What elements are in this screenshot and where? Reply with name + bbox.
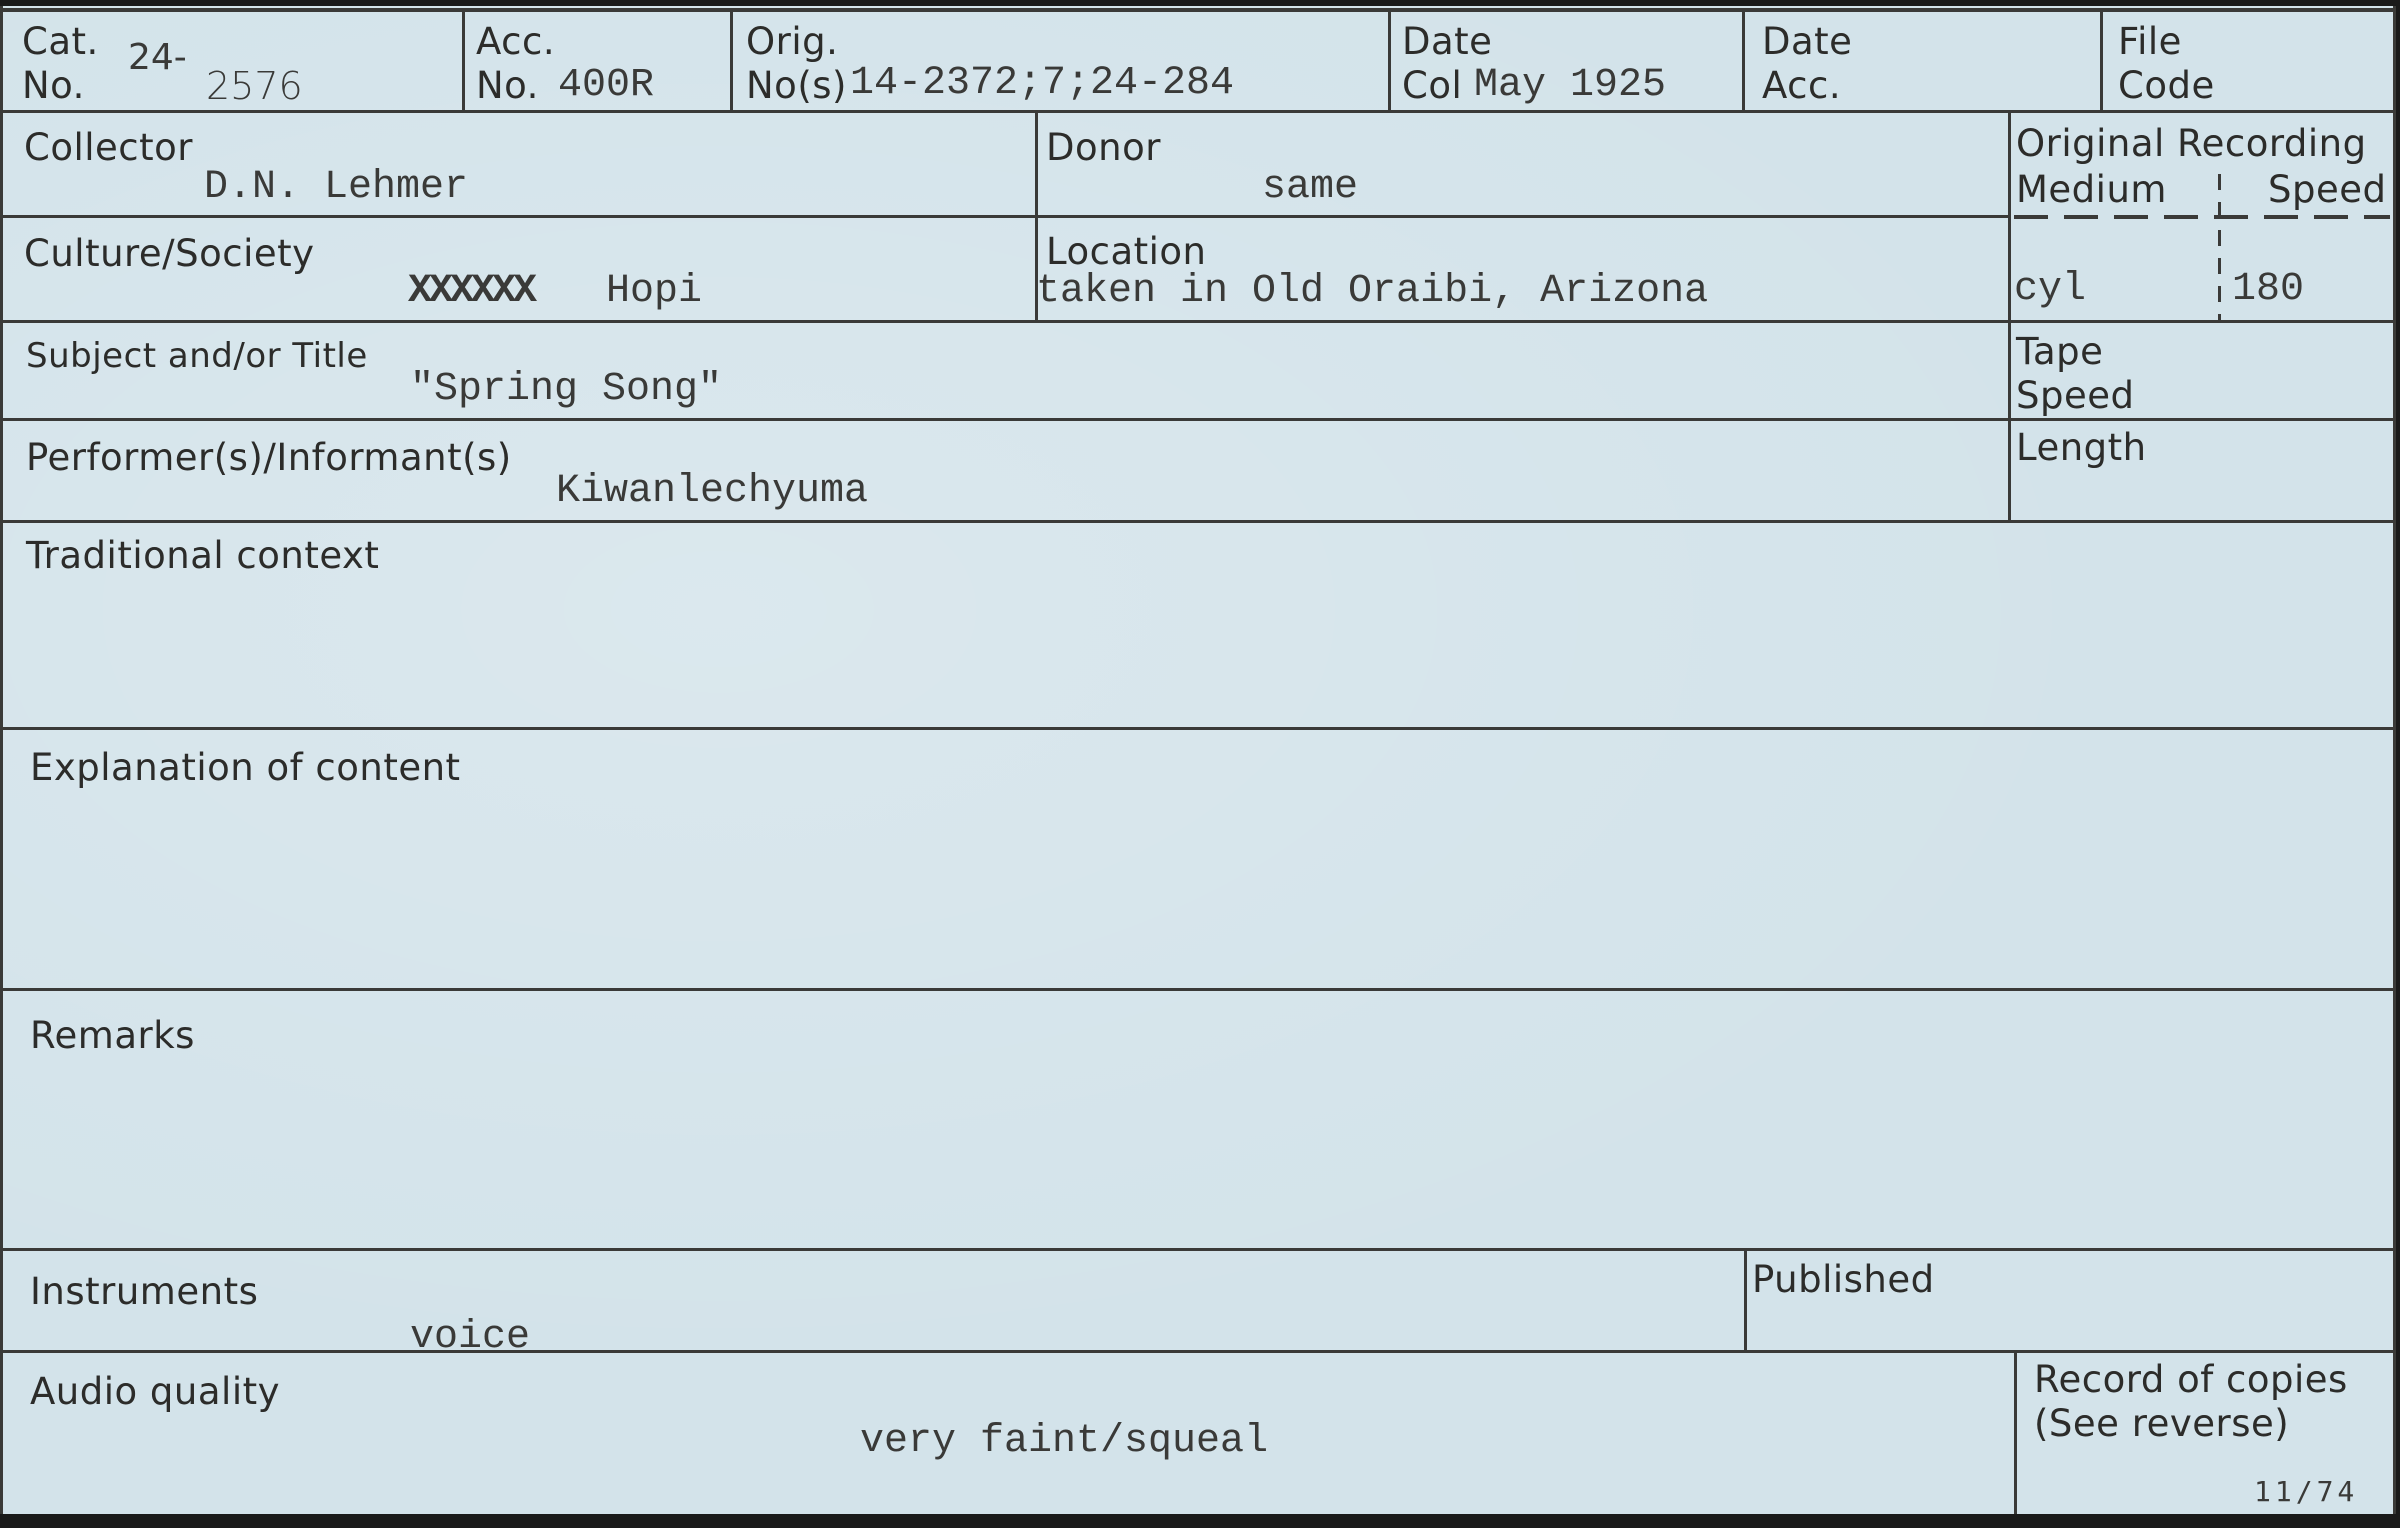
dateacc-label-line2: Acc. <box>1762 64 1841 108</box>
orig-numbers: 14-2372;7;24-284 <box>850 62 1234 106</box>
rule-traditional <box>0 727 2396 730</box>
subject-label: Subject and/or Title <box>26 334 368 378</box>
medium-label: Medium <box>2016 168 2167 212</box>
divider-cat-acc <box>462 10 465 112</box>
datecol-label-line1: Date <box>1402 20 1492 64</box>
donor-label: Donor <box>1046 126 1161 170</box>
divider-datecol-dateacc <box>1742 10 1745 112</box>
location-label: Location <box>1046 230 1207 274</box>
performer-value: Kiwanlechyuma <box>556 470 868 514</box>
record-of-copies-label-line1: Record of copies <box>2034 1358 2348 1402</box>
rule-row1 <box>0 110 2396 113</box>
traditional-context-label: Traditional context <box>26 534 379 578</box>
cat-label-line1: Cat. <box>22 20 99 64</box>
form-print-date: 11/74 <box>2254 1470 2358 1514</box>
divider-orig-datecol <box>1388 10 1391 112</box>
recording-dashed-rule <box>2014 215 2390 219</box>
subject-value: "Spring Song" <box>410 368 722 412</box>
rule-row4 <box>0 418 2396 421</box>
acc-number: 400R <box>558 64 654 108</box>
divider-instruments-published <box>1744 1250 1747 1352</box>
performer-label: Performer(s)/Informant(s) <box>26 436 512 480</box>
date-collected: May 1925 <box>1474 64 1666 108</box>
cat-prefix: 24- <box>128 36 187 80</box>
divider-acc-orig <box>730 10 733 112</box>
donor-value: same <box>1262 166 1358 210</box>
audio-quality-label: Audio quality <box>30 1370 280 1414</box>
instruments-label: Instruments <box>30 1270 258 1314</box>
audio-quality-value: very faint/squeal <box>860 1420 1268 1464</box>
acc-label-line1: Acc. <box>476 20 555 64</box>
speed-label: Speed <box>2268 168 2387 212</box>
published-label: Published <box>1752 1258 1935 1302</box>
tape-speed-label-line2: Speed <box>2016 374 2135 418</box>
culture-label: Culture/Society <box>24 232 315 276</box>
culture-struck-value: XXXXXX <box>408 270 534 314</box>
filecode-label-line1: File <box>2118 20 2182 64</box>
location-value: taken in Old Oraibi, Arizona <box>1036 270 1708 314</box>
instruments-value: voice <box>410 1316 530 1360</box>
rule-remarks <box>0 1248 2396 1251</box>
orig-label-line2: No(s) <box>746 64 847 108</box>
divider-right-column <box>2008 112 2011 522</box>
dateacc-label-line1: Date <box>1762 20 1852 64</box>
tape-speed-label-line1: Tape <box>2016 330 2103 374</box>
explanation-label: Explanation of content <box>30 746 461 790</box>
divider-dateacc-file <box>2100 10 2103 112</box>
rule-explanation <box>0 988 2396 991</box>
speed-value: 180 <box>2232 268 2304 312</box>
recording-dashed-divider <box>2218 174 2221 320</box>
acc-label-line2: No. <box>476 64 539 108</box>
orig-label-line1: Orig. <box>746 20 838 64</box>
collector-label: Collector <box>24 126 193 170</box>
rule-row2 <box>0 215 2010 218</box>
divider-audio-record <box>2014 1352 2017 1514</box>
original-recording-label: Original Recording <box>2016 122 2367 166</box>
medium-value: cyl <box>2014 268 2086 312</box>
filecode-label-line2: Code <box>2118 64 2215 108</box>
datecol-label-line2: Col <box>1402 64 1462 108</box>
length-label: Length <box>2016 426 2147 470</box>
rule-row5 <box>0 520 2396 523</box>
remarks-label: Remarks <box>30 1014 195 1058</box>
card-right-border <box>2393 6 2396 1514</box>
catalog-card: Cat. No. 24- 2576 Acc. No. 400R Orig. No… <box>0 6 2396 1514</box>
rule-instruments <box>0 1350 2396 1353</box>
cat-number: 2576 <box>206 64 303 108</box>
collector-value: D.N. Lehmer <box>204 166 468 210</box>
cat-label-line2: No. <box>22 64 85 108</box>
card-top-border <box>0 8 2396 12</box>
card-left-border <box>0 6 3 1514</box>
rule-row3 <box>0 320 2396 323</box>
culture-value: Hopi <box>606 270 702 314</box>
record-of-copies-label-line2: (See reverse) <box>2034 1402 2289 1446</box>
